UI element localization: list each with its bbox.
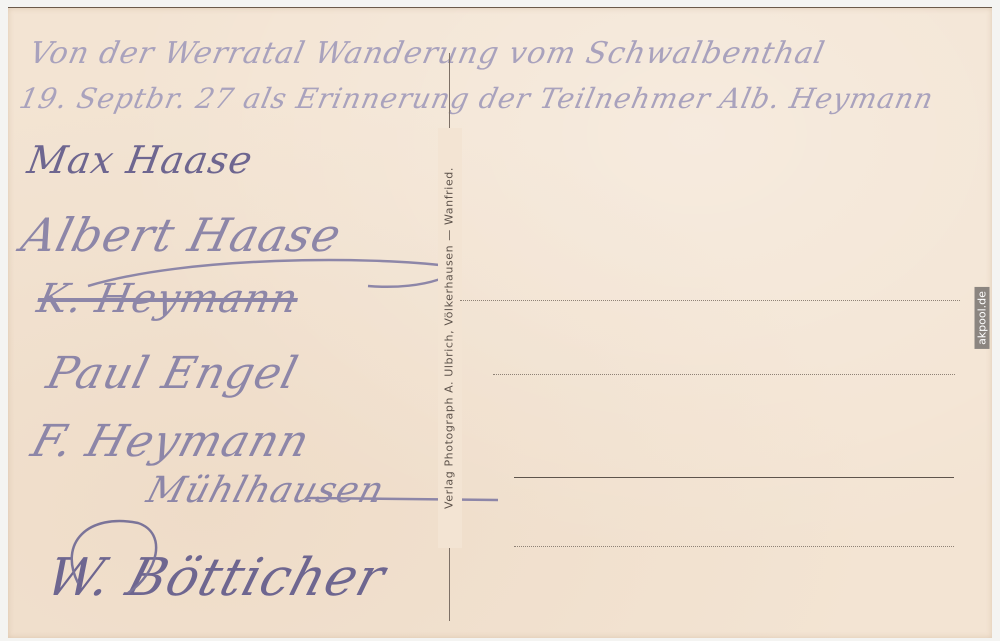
publisher-imprint: Verlag Photograph A. Ulbrich, Völkerhaus… — [443, 167, 456, 509]
watermark-label: akpool.de — [975, 287, 990, 349]
signature-1: Max Haase — [24, 138, 256, 182]
signature-6-underline — [308, 488, 508, 508]
signature-4: Paul Engel — [42, 348, 304, 399]
message-line-1: Von der Werratal Wanderung vom Schwalben… — [26, 36, 828, 71]
address-line-4 — [514, 546, 954, 547]
address-line-2 — [493, 374, 955, 375]
signature-3: K. Heymann — [33, 276, 303, 322]
address-line-1 — [460, 300, 960, 301]
address-line-3 — [514, 477, 954, 478]
signature-7-loop — [58, 513, 168, 613]
message-line-2: 19. Septbr. 27 als Erinnerung der Teilne… — [16, 82, 936, 115]
signature-5: F. Heymann — [26, 416, 316, 467]
postcard-back: Von der Werratal Wanderung vom Schwalben… — [8, 7, 992, 638]
